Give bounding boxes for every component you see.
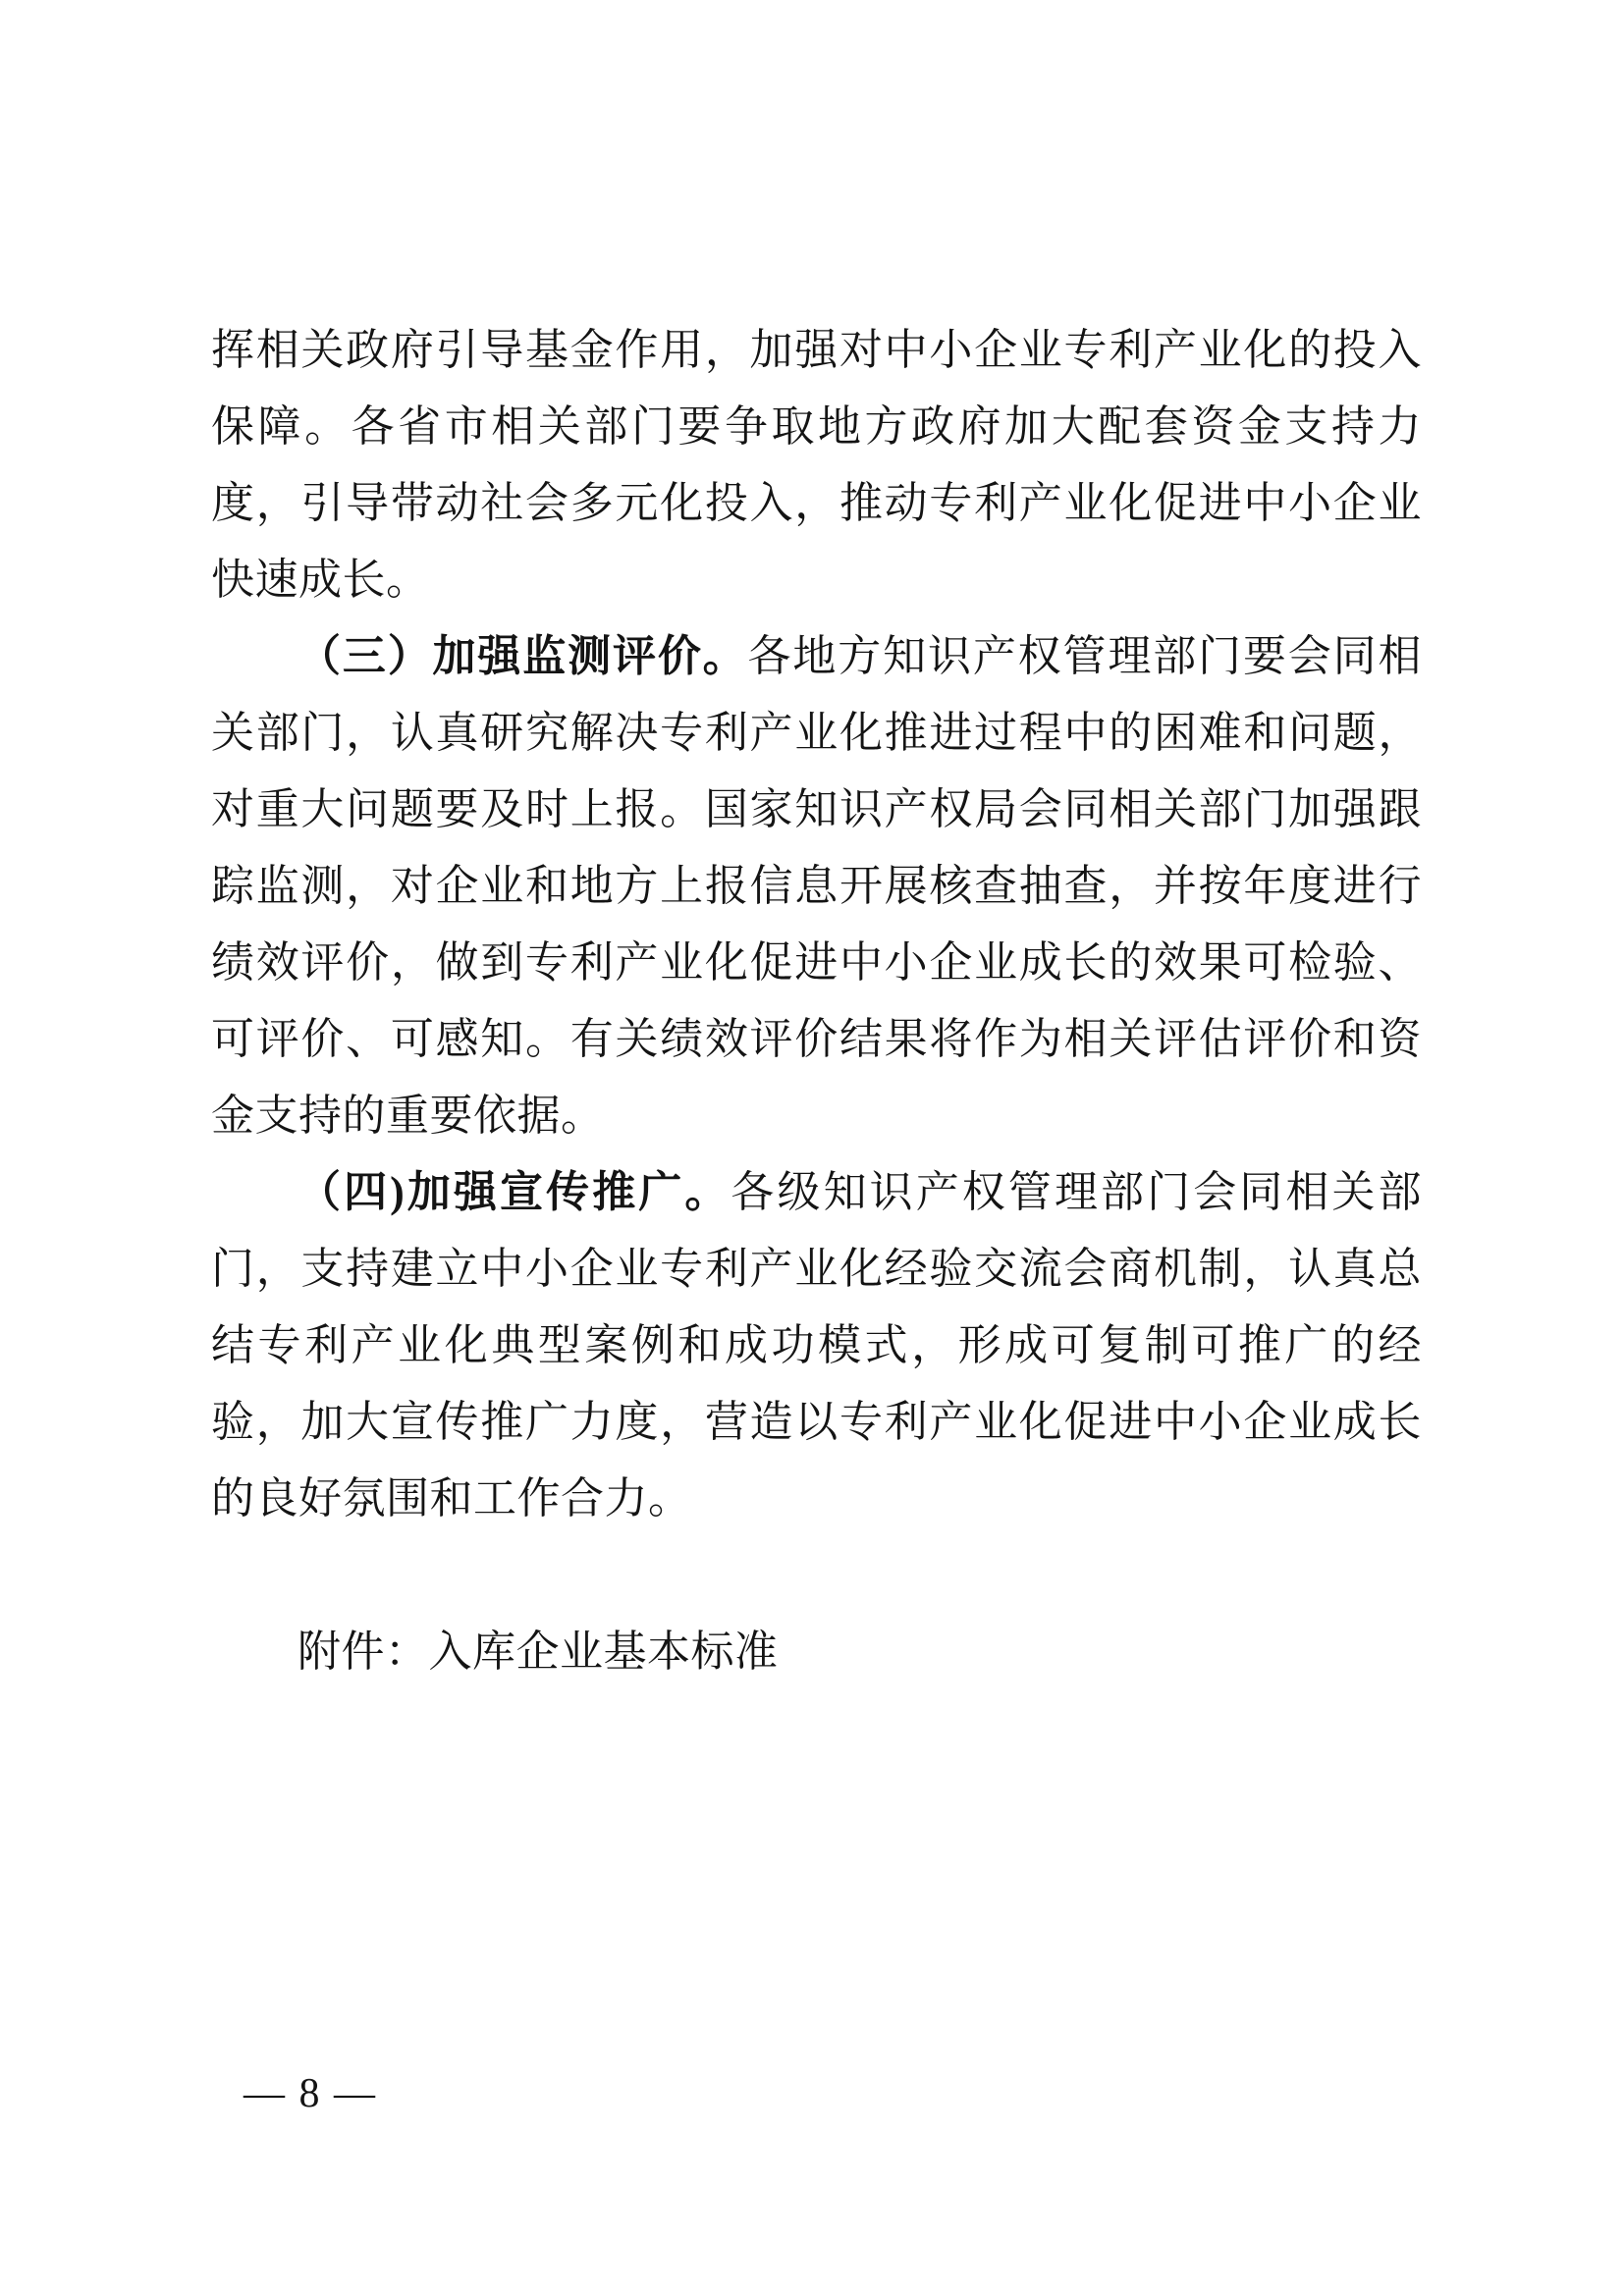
document-body: 挥相关政府引导基金作用，加强对中小企业专利产业化的投入保障。各省市相关部门要争取… bbox=[211, 312, 1422, 1690]
paragraph-section-4: （四)加强宣传推广。各级知识产权管理部门会同相关部门，支持建立中小企业专利产业化… bbox=[211, 1154, 1422, 1537]
attachment-line: 附件：入库企业基本标准 bbox=[211, 1614, 1422, 1690]
paragraph-continuation: 挥相关政府引导基金作用，加强对中小企业专利产业化的投入保障。各省市相关部门要争取… bbox=[211, 312, 1422, 618]
page-number: — 8 — bbox=[244, 2071, 377, 2116]
paragraph-section-3: （三）加强监测评价。各地方知识产权管理部门要会同相关部门，认真研究解决专利产业化… bbox=[211, 618, 1422, 1154]
section-3-heading: （三）加强监测评价。 bbox=[298, 632, 748, 680]
paragraph-text: 各地方知识产权管理部门要会同相关部门，认真研究解决专利产业化推进过程中的困难和问… bbox=[211, 632, 1422, 1140]
paragraph-text: 挥相关政府引导基金作用，加强对中小企业专利产业化的投入保障。各省市相关部门要争取… bbox=[211, 326, 1422, 604]
paragraph-text: 各级知识产权管理部门会同相关部门，支持建立中小企业专利产业化经验交流会商机制，认… bbox=[211, 1168, 1422, 1522]
section-4-heading: （四)加强宣传推广。 bbox=[298, 1168, 731, 1216]
document-page: 挥相关政府引导基金作用，加强对中小企业专利产业化的投入保障。各省市相关部门要争取… bbox=[0, 0, 1624, 2296]
attachment-text: 附件：入库企业基本标准 bbox=[298, 1628, 779, 1676]
